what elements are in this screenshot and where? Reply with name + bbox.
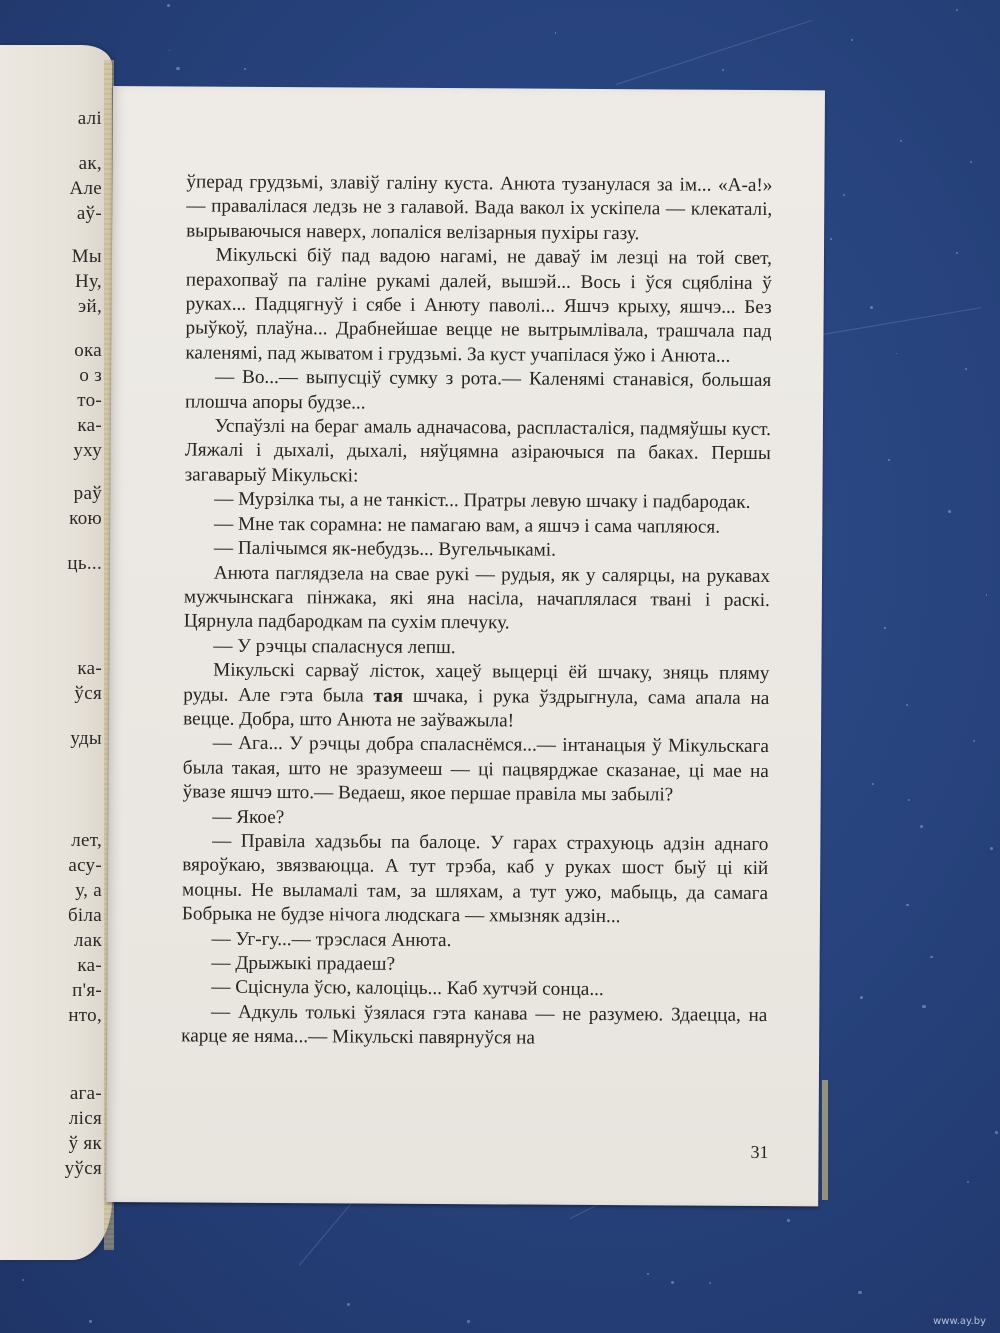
left-page-text-fragment: ць... bbox=[67, 553, 102, 575]
left-page-text-fragment: ага- bbox=[70, 1083, 102, 1105]
left-page-text-fragment: Мы bbox=[72, 246, 102, 268]
left-page-text-fragment: раў bbox=[74, 483, 102, 505]
paragraph: Мікульскі сарваў лісток, хацеў выцерці ё… bbox=[183, 659, 769, 736]
paragraph: — Палічымся як-небудзь... Вугельчыкамі. bbox=[184, 537, 770, 565]
left-page-text-fragment: ўся bbox=[74, 683, 102, 705]
left-page-text-fragment: лет, bbox=[71, 830, 102, 852]
body-text: ўперад грудзьмі, злавіў галіну куста. Ан… bbox=[181, 170, 772, 1052]
left-page-text-fragment: Ну, bbox=[75, 271, 102, 293]
left-page-text-fragment: у, а bbox=[75, 880, 102, 902]
left-page-text-fragment: алі bbox=[78, 108, 102, 130]
paragraph: — Мне так сорамна: не памагаю вам, а яшч… bbox=[184, 512, 770, 540]
page-number: 31 bbox=[750, 1142, 768, 1163]
left-page-text-fragment: асу- bbox=[68, 855, 102, 877]
paragraph: — У рэчцы спаласнуся лепш. bbox=[184, 634, 770, 662]
left-page-text-fragment: ак, bbox=[79, 153, 102, 175]
left-page-text-fragment: эй, bbox=[78, 296, 102, 318]
paragraph: ўперад грудзьмі, злавіў галіну куста. Ан… bbox=[186, 170, 772, 247]
left-page-text-fragment: ка- bbox=[77, 955, 102, 977]
left-page-text-fragment: уху bbox=[73, 440, 102, 462]
left-page-text-fragment: о з bbox=[79, 365, 102, 387]
paragraph: — Правіла хадзьбы па балоце. У гарах стр… bbox=[182, 829, 769, 930]
left-page-text-fragment: ў як bbox=[69, 1133, 102, 1155]
page-edge bbox=[822, 1080, 828, 1200]
paragraph: — Ага... У рэчцы добра спаласнёмся...— і… bbox=[183, 732, 769, 809]
paragraph: — Дрыжыкі прадаеш? bbox=[182, 951, 768, 979]
paragraph: Анюта паглядзела на свае рукі — рудыя, я… bbox=[184, 561, 770, 638]
paragraph: — Уг-гу...— трэслася Анюта. bbox=[182, 927, 768, 955]
paragraph: Мікульскі біў пад вадою нагамі, не даваў… bbox=[185, 244, 772, 370]
paragraph: — Адкуль толькі ўзялася гэта канава — не… bbox=[181, 1000, 767, 1052]
left-page-text-fragment: то- bbox=[77, 390, 102, 412]
left-page-text-fragment: ка- bbox=[77, 415, 102, 437]
left-page-text-fragment: ліся bbox=[69, 1108, 102, 1130]
paragraph: — Сціснула ўсю, калоціць... Каб хутчэй с… bbox=[181, 976, 767, 1004]
left-page-text-fragment: п'я- bbox=[72, 980, 102, 1002]
left-page-text-fragment: ка- bbox=[77, 658, 102, 680]
left-page-text-fragment: ока bbox=[74, 340, 102, 362]
left-page-text-fragment: аў- bbox=[77, 203, 102, 225]
left-page-text-fragment: біла bbox=[68, 905, 102, 927]
left-page-text-fragment: уды bbox=[70, 728, 102, 750]
emphasis-text: тая bbox=[373, 685, 403, 706]
paragraph: — Мурзілка ты, а не танкіст... Пратры ле… bbox=[184, 488, 770, 516]
left-page-text-fragment: уўся bbox=[65, 1158, 102, 1180]
left-page: аліак,Алеаў-МыНу,эй,окао зто-ка-ухураўко… bbox=[0, 45, 112, 1260]
paragraph: — Во...— выпусціў сумку з рота.— Каленям… bbox=[185, 366, 771, 418]
watermark: www.ay.by bbox=[933, 1316, 986, 1327]
left-page-text-fragment: лак bbox=[74, 930, 102, 952]
left-page-text-fragment: кою bbox=[69, 508, 102, 530]
left-page-text-fragment: Але bbox=[69, 178, 102, 200]
paragraph: — Якое? bbox=[182, 805, 768, 833]
left-page-text-fragment: нто, bbox=[68, 1005, 102, 1027]
right-page: ўперад грудзьмі, злавіў галіну куста. Ан… bbox=[106, 86, 825, 1206]
paragraph: Успаўзлі на бераг амаль адначасова, расп… bbox=[185, 415, 771, 492]
